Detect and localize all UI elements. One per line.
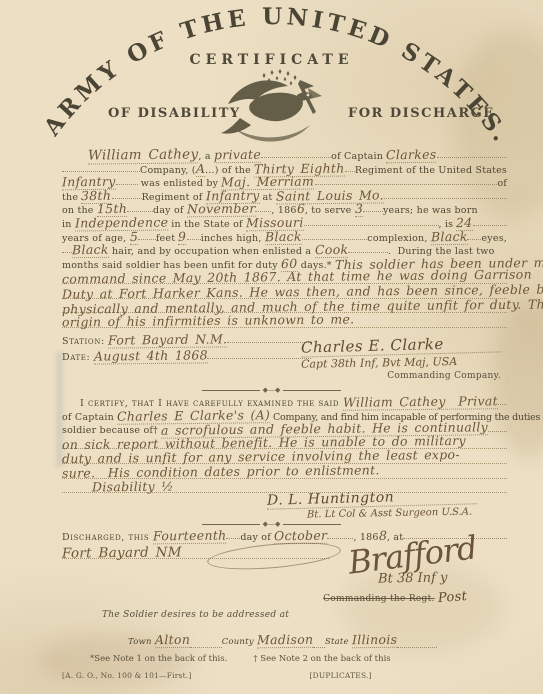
form-line: William Cathey , a private of Captain Cl… (62, 147, 507, 161)
date-value: August 4th 1868 (93, 347, 207, 364)
dotted-rule (498, 403, 507, 405)
dotted-rule (473, 224, 507, 226)
dotted-rule (437, 156, 507, 158)
station-line: Station: Fort Bayard N.M. (62, 332, 311, 346)
company-letter-value: A (196, 161, 205, 177)
for-discharge-heading: FOR DISCHARGE (348, 106, 495, 121)
disability-rating-value: Disability ½ (92, 478, 174, 494)
company-commander-title: Capt 38th Inf, Bvt Maj, USA (301, 354, 501, 370)
enlistment-section: William Cathey , a private of Captain Cl… (62, 147, 507, 328)
eyes-value: Black (431, 228, 468, 244)
divider-line (283, 524, 341, 525)
remarks-line: physically and mentally, and much of the… (62, 299, 507, 314)
divider-line (283, 390, 341, 391)
printed-text: Company, ( (140, 165, 196, 176)
dotted-rule (207, 357, 311, 359)
printed-text: inches high, (201, 233, 265, 244)
printed-text: of (497, 178, 507, 189)
captain-name-value: Clarkes (386, 147, 437, 164)
footnote-2: † See Note 2 on the back of this (253, 654, 390, 664)
dotted-rule (363, 210, 383, 212)
examined-name-value: William Cathey Privat (343, 393, 498, 411)
form-line: Infantry was enlisted by Maj. Merriam of (62, 174, 507, 188)
soldier-name-value: William Cathey (88, 146, 199, 164)
discharge-section: Discharged, this Fourteenth day of Octob… (62, 528, 507, 608)
form-footer-line: [A. G. O., No. 100 & 101—First.] [DUPLIC… (62, 671, 507, 683)
surgeon-certificate-section: I certify, that I have carefully examine… (62, 394, 507, 493)
state-value: Illinois (352, 632, 397, 648)
form-line: the 38th Regiment of Infantry at Saint L… (62, 188, 507, 202)
certify-line: sure. His condition dates prior to enlis… (62, 464, 507, 479)
dotted-rule (313, 646, 325, 648)
date-line: Date: August 4th 1868 (62, 348, 311, 362)
county-label: County (222, 637, 257, 647)
remarks-line: origin of his infirmities is unknown to … (62, 313, 507, 328)
dotted-rule (112, 197, 142, 199)
town-value: Alton (155, 632, 190, 648)
service-term-value: 3 (355, 201, 363, 217)
post-handwriting: Post (437, 589, 467, 606)
document-header: ARMY OF THE UNITED STATES. CERTIFICATE O… (0, 0, 543, 150)
discharging-officer-title-block: Bt 38 Inf y (378, 570, 447, 586)
discharging-officer-title: Bt 38 Inf y (377, 570, 447, 586)
station-label: Station: (62, 336, 105, 347)
commanding-regt-printed: Commanding the Regt. (323, 594, 435, 604)
printed-text: , to serve (305, 205, 355, 216)
printed-text: of Captain (62, 412, 117, 423)
address-intro-text: The Soldier desires to be addressed at (102, 610, 289, 620)
enlist-place-value: Saint Louis Mo. (276, 187, 384, 204)
county-value: Madison (257, 632, 314, 649)
printed-text: complexion, (367, 233, 430, 244)
dotted-rule (62, 170, 140, 172)
dotted-rule (397, 646, 437, 648)
dotted-rule (116, 183, 138, 185)
ago-form-number: [A. G. O., No. 100 & 101—First.] (62, 671, 192, 680)
certificate-document: ARMY OF THE UNITED STATES. CERTIFICATE O… (0, 0, 543, 694)
dotted-rule (138, 238, 156, 240)
company-signature-block: Charles E. Clarke Capt 38th Inf, Bvt Maj… (301, 336, 501, 381)
surgeon-title: Bt. Lt Col & Asst Surgeon U.S.A. (307, 507, 477, 521)
printed-text: Discharged, this (62, 532, 153, 543)
dotted-rule (261, 156, 331, 158)
town-label: Town (128, 637, 155, 647)
birthplace-value: Independence (75, 214, 168, 231)
hair-value: Black (72, 242, 109, 258)
dotted-rule (327, 537, 353, 539)
commanding-regt-caption: Commanding the Regt. Post (323, 590, 467, 605)
divider-ornament: ◆—◆ (263, 387, 281, 394)
printed-text: Regiment of the United States (355, 165, 507, 176)
section-divider: ◆—◆ (0, 521, 543, 528)
dotted-rule (488, 430, 507, 432)
discharge-day-value: Fourteenth (153, 528, 227, 545)
footnotes-line: *See Note 1 on the back of this. † See N… (62, 654, 507, 668)
dotted-rule (345, 170, 355, 172)
height-feet-value: 5 (129, 229, 137, 245)
dotted-rule (467, 238, 481, 240)
certify-line: I certify, that I have carefully examine… (62, 394, 507, 408)
dotted-rule (127, 210, 153, 212)
dotted-rule (190, 646, 222, 648)
printed-text: day of (240, 532, 274, 543)
printed-text: in (62, 219, 75, 230)
height-inches-value: 9 (178, 229, 186, 245)
printed-text: the (62, 192, 81, 203)
duplicates-label: [DUPLICATES.] (310, 671, 372, 680)
address-section: The Soldier desires to be addressed at T… (62, 610, 507, 683)
divider-line (202, 524, 260, 525)
dotted-rule (315, 183, 498, 185)
address-intro-line: The Soldier desires to be addressed at (62, 610, 507, 626)
dotted-rule (227, 341, 311, 343)
dotted-rule (187, 238, 201, 240)
divider-line (202, 390, 260, 391)
dotted-rule (255, 210, 271, 212)
dotted-rule (348, 251, 388, 253)
complexion-value: Black (265, 228, 302, 244)
occupation-value: Cook (314, 242, 348, 258)
certify-line: duty and is unfit for any service involv… (62, 449, 507, 464)
commanding-company-caption: Commanding Company. (301, 371, 501, 381)
address-line: Town Alton County Madison State Illinois (62, 632, 507, 650)
dotted-rule (62, 251, 72, 253)
eagle-emblem-icon (212, 66, 330, 148)
surgeon-signature-block: D. L. Huntington Bt. Lt Col & Asst Surge… (267, 490, 477, 519)
printed-text: feet (156, 233, 179, 244)
printed-text: at (259, 192, 275, 203)
printed-text: soldier because of† (62, 425, 161, 436)
form-line: in Independence in the State of Missouri… (62, 215, 507, 229)
footnote-1: *See Note 1 on the back of this. (90, 654, 227, 664)
station-value: Fort Bayard N.M. (108, 331, 227, 348)
dotted-rule (302, 238, 368, 240)
remarks-handwriting: origin of his infirmities is unknown to … (62, 312, 355, 330)
discharge-place-value: Fort Bayard NM (62, 544, 182, 561)
remarks-line: Duty at Fort Harker Kans. He was then, a… (62, 284, 507, 299)
dotted-rule (304, 224, 439, 226)
divider-ornament: ◆—◆ (263, 521, 281, 528)
date-label: Date: (62, 352, 90, 363)
station-date-section: Station: Fort Bayard N.M. Date: August 4… (62, 332, 507, 388)
printed-text: eyes, (481, 233, 507, 244)
dotted-rule (384, 197, 507, 199)
dotted-rule (226, 537, 240, 539)
state-label: State (325, 637, 352, 647)
